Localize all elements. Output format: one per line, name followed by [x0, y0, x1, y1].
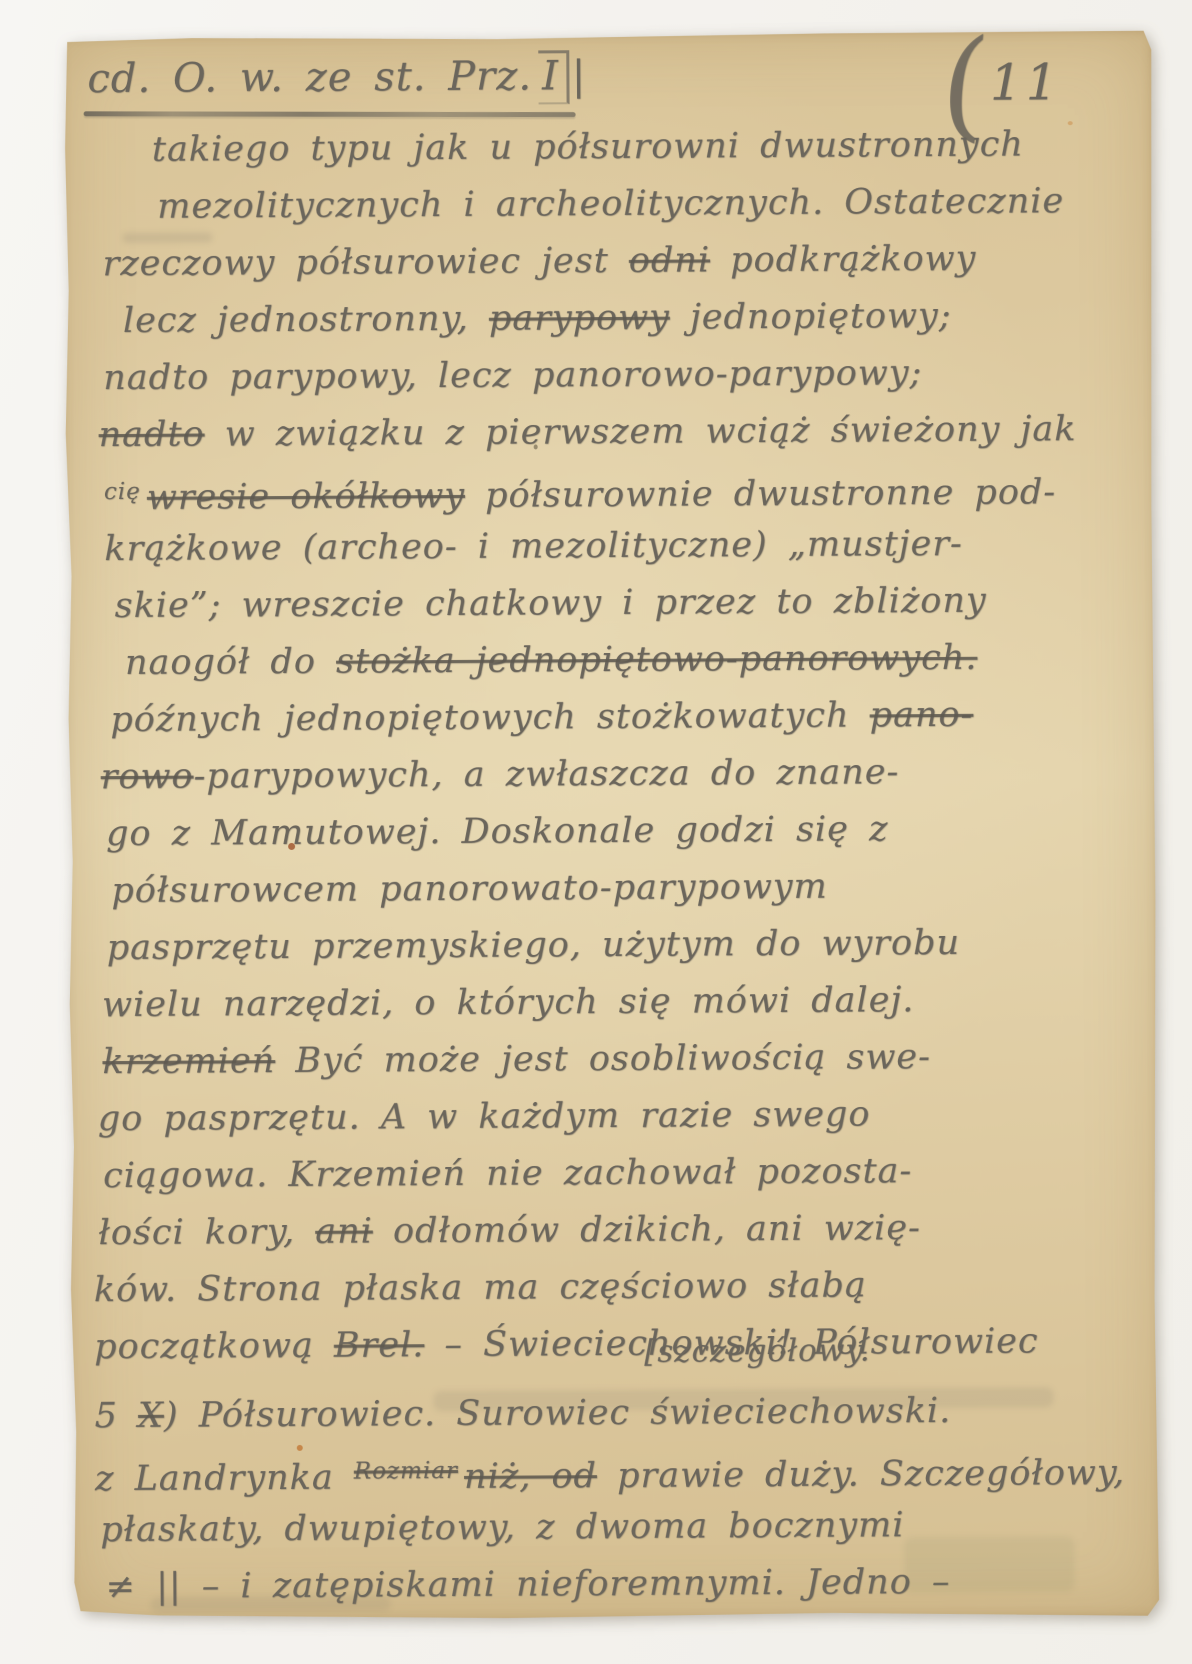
erasure-smudge	[122, 232, 212, 243]
manuscript-line: półsurowcem panorowato-parypowym	[111, 860, 1126, 923]
manuscript-line: łości kory, ani odłomów dzikich, ani wzi…	[98, 1202, 1128, 1265]
page-number: (11	[941, 39, 1062, 130]
manuscript-line: skie”; wreszcie chatkowy i przez to zbli…	[114, 575, 1124, 638]
header-end-bar: |	[572, 53, 587, 99]
handwritten-text: 5	[94, 1396, 138, 1436]
struck-text: wresie okółkowy	[147, 476, 465, 518]
handwritten-text: pasprzętu przemyskiego, użytym do wyrobu	[107, 923, 961, 968]
handwritten-text: podkrążkowy	[710, 239, 977, 281]
handwritten-text: cię	[104, 467, 141, 517]
foxing-spot	[534, 444, 538, 449]
manuscript-line: cięwresie okółkowy półsurownie dwustronn…	[104, 461, 1124, 524]
struck-text: parypowy	[489, 298, 670, 339]
manuscript-line: ciągowa. Krzemień nie zachował pozosta-	[103, 1145, 1128, 1208]
handwritten-text: go z Mamutowej. Doskonale godzi się z	[106, 809, 889, 854]
handwritten-text: nadto parypowy, lecz panorowo-parypowy;	[103, 353, 922, 398]
handwritten-text: wielu narzędzi, o których się mówi dalej…	[102, 980, 915, 1025]
foxing-spot	[1068, 121, 1073, 125]
handwritten-text: półsurownie dwustronne pod-	[465, 472, 1056, 516]
handwritten-text: ciągowa. Krzemień nie zachował pozosta-	[103, 1151, 912, 1196]
handwritten-text: go pasprzętu. A w każdym razie swego	[98, 1094, 871, 1139]
manuscript-line: z Landrynka Rozmiarniż, od prawie duży. …	[95, 1442, 1130, 1505]
manuscript-line: ków. Strona płaska ma częściowo słabą	[94, 1259, 1129, 1322]
erasure-smudge	[151, 1595, 391, 1612]
handwritten-text: z Landrynka	[95, 1458, 354, 1500]
manuscript-line: takiego typu jak u półsurowni dwustronny…	[152, 119, 1122, 182]
erasure-smudge	[433, 1387, 1053, 1411]
scan-background: cd. O. w. ze st. Prz.I| (11 takiego typu…	[0, 0, 1192, 1664]
page-number-value: 11	[990, 53, 1062, 111]
manuscript-paper: cd. O. w. ze st. Prz.I| (11 takiego typu…	[61, 31, 1161, 1623]
page-header: cd. O. w. ze st. Prz.I|	[87, 50, 586, 107]
foxing-spot	[297, 1445, 303, 1451]
manuscript-line: pasprzętu przemyskiego, użytym do wyrobu	[107, 917, 1127, 980]
manuscript-line: lecz jednostronny, parypowy jednopiętowy…	[123, 290, 1123, 353]
struck-text: stożka jednopiętowo-panorowych.	[336, 638, 978, 682]
manuscript-line: krzemień Być może jest osobliwością swe-	[102, 1031, 1127, 1094]
handwritten-text: Być może jest osobliwością swe-	[275, 1037, 931, 1081]
manuscript-line: późnych jednopiętowych stożkowatych pano…	[110, 689, 1125, 752]
handwritten-text: odłomów dzikich, ani wzię-	[373, 1208, 921, 1251]
handwritten-text: początkową	[94, 1326, 334, 1367]
manuscript-line: rzeczowy półsurowiec jest odni podkrążko…	[102, 233, 1122, 296]
paper-shadow: cd. O. w. ze st. Prz.I| (11 takiego typu…	[61, 31, 1161, 1623]
handwritten-text: lecz jednostronny,	[123, 299, 489, 341]
page-number-paren-arc: (	[936, 38, 993, 133]
handwritten-text: ków. Strona płaska ma częściowo słabą	[94, 1265, 867, 1310]
manuscript-line: nadto parypowy, lecz panorowo-parypowy;	[103, 347, 1123, 410]
struck-text: krzemień	[102, 1041, 275, 1082]
struck-text: Brel.	[334, 1325, 425, 1366]
handwritten-text: w związku z pierwszem wciąż świeżony jak	[204, 409, 1076, 454]
handwritten-text: rzeczowy półsurowiec jest	[102, 241, 629, 284]
insertion-note: [szczegółowy.	[644, 1332, 871, 1369]
handwritten-text: mezolitycznych i archeolitycznych. Ostat…	[157, 181, 1064, 227]
handwritten-text: skie”; wreszcie chatkowy i przez to zbli…	[115, 581, 987, 626]
header-underline	[84, 111, 576, 117]
handwritten-text: łości kory,	[98, 1212, 315, 1253]
struck-text: Rozmiar	[354, 1446, 458, 1497]
handwritten-text: późnych jednopiętowych stożkowatych	[110, 695, 870, 740]
manuscript-line: początkową Brel. – Świeciechowski! Półsu…	[94, 1316, 1129, 1379]
manuscript-line: go z Mamutowej. Doskonale godzi się z	[106, 803, 1126, 866]
handwritten-text: prawie duży. Szczegółowy,	[597, 1453, 1125, 1496]
handwritten-text: takiego typu jak u półsurowni dwustronny…	[152, 124, 1024, 169]
manuscript-line: krążkowe (archeo- i mezolityczne) „mustj…	[104, 518, 1124, 581]
manuscript-line: rowo-parypowych, a zwłaszcza do znane-	[101, 746, 1126, 809]
manuscript-line: mezolitycznych i archeolitycznych. Ostat…	[157, 176, 1122, 239]
handwritten-text: jednopiętowy;	[670, 296, 952, 338]
manuscript-line: naogół do stożka jednopiętowo-panorowych…	[125, 632, 1125, 695]
header-boxed-numeral: I	[538, 50, 570, 104]
struck-text: X	[138, 1396, 164, 1436]
struck-text: nadto	[98, 414, 204, 455]
manuscript-line: nadto w związku z pierwszem wciąż świeżo…	[98, 404, 1123, 467]
foxing-spot	[288, 843, 295, 850]
handwritten-text: półsurowcem panorowato-parypowym	[111, 867, 828, 911]
handwritten-text: naogół do	[125, 642, 336, 683]
struck-text: ani	[315, 1211, 373, 1251]
struck-text: odni	[629, 240, 710, 280]
struck-text: rowo	[101, 757, 194, 798]
erasure-smudge	[904, 1536, 1074, 1592]
handwritten-text: płaskaty, dwupiętowy, z dwoma bocznymi	[100, 1505, 904, 1550]
struck-text: niż, od	[464, 1456, 597, 1497]
handwritten-text: krążkowe (archeo- i mezolityczne) „mustj…	[104, 524, 963, 569]
manuscript-line: wielu narzędzi, o których się mówi dalej…	[102, 974, 1127, 1037]
struck-text: pano-	[870, 695, 974, 736]
handwritten-text: -parypowych, a zwłaszcza do znane-	[193, 752, 899, 796]
manuscript-line: go pasprzętu. A w każdym razie swego	[98, 1088, 1128, 1151]
header-text: cd. O. w. ze st. Prz.	[87, 53, 532, 102]
